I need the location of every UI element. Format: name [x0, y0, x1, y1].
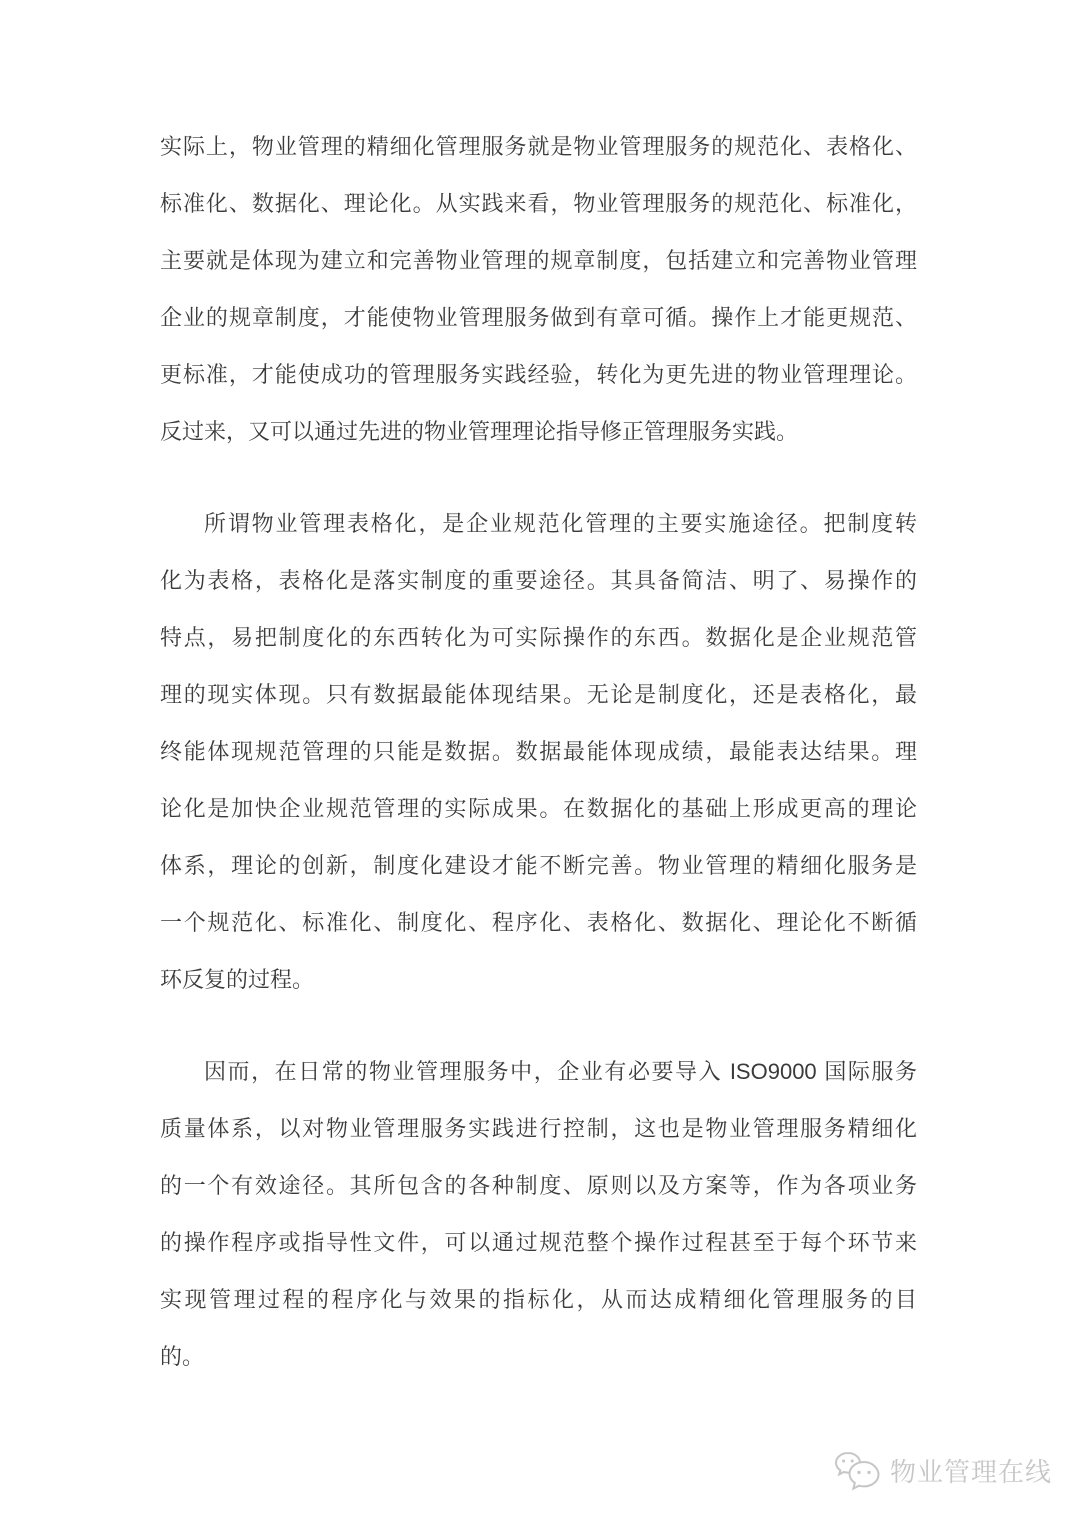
text-line: 体系，理论的创新，制度化建设才能不断完善。物业管理的精细化服务是	[160, 837, 917, 894]
text-line: 实现管理过程的程序化与效果的指标化，从而达成精细化管理服务的目	[160, 1271, 917, 1328]
text-line: 终能体现规范管理的只能是数据。数据最能体现成绩，最能表达结果。理	[160, 723, 917, 780]
watermark: 物业管理在线	[833, 1450, 1052, 1494]
text-line: 实际上，物业管理的精细化管理服务就是物业管理服务的规范化、表格化、	[160, 118, 917, 175]
text-line: 理的现实体现。只有数据最能体现结果。无论是制度化，还是表格化，最	[160, 666, 917, 723]
wechat-icon	[833, 1450, 881, 1494]
text-line: 的。	[160, 1328, 917, 1385]
text-line: 论化是加快企业规范管理的实际成果。在数据化的基础上形成更高的理论	[160, 780, 917, 837]
text-line: 所谓物业管理表格化，是企业规范化管理的主要实施途径。把制度转	[160, 495, 917, 552]
text-line: 的操作程序或指导性文件，可以通过规范整个操作过程甚至于每个环节来	[160, 1214, 917, 1271]
text-line: 因而，在日常的物业管理服务中，企业有必要导入 ISO9000 国际服务	[160, 1043, 917, 1100]
text-line: 一个规范化、标准化、制度化、程序化、表格化、数据化、理论化不断循	[160, 894, 917, 951]
text-line: 的一个有效途径。其所包含的各种制度、原则以及方案等，作为各项业务	[160, 1157, 917, 1214]
text-line: 特点，易把制度化的东西转化为可实际操作的东西。数据化是企业规范管	[160, 609, 917, 666]
text-line: 反过来，又可以通过先进的物业管理理论指导修正管理服务实践。	[160, 403, 917, 460]
watermark-label: 物业管理在线	[890, 1459, 1052, 1485]
paragraph: 所谓物业管理表格化，是企业规范化管理的主要实施途径。把制度转化为表格，表格化是落…	[160, 495, 917, 1008]
text-line: 质量体系，以对物业管理服务实践进行控制，这也是物业管理服务精细化	[160, 1100, 917, 1157]
paragraph: 因而，在日常的物业管理服务中，企业有必要导入 ISO9000 国际服务质量体系，…	[160, 1043, 917, 1385]
text-line: 企业的规章制度，才能使物业管理服务做到有章可循。操作上才能更规范、	[160, 289, 917, 346]
document-page: 实际上，物业管理的精细化管理服务就是物业管理服务的规范化、表格化、标准化、数据化…	[0, 0, 1080, 1528]
text-line: 更标准，才能使成功的管理服务实践经验，转化为更先进的物业管理理论。	[160, 346, 917, 403]
text-line: 标准化、数据化、理论化。从实践来看，物业管理服务的规范化、标准化，	[160, 175, 917, 232]
text-line: 化为表格，表格化是落实制度的重要途径。其具备简洁、明了、易操作的	[160, 552, 917, 609]
text-line: 环反复的过程。	[160, 951, 917, 1008]
text-line: 主要就是体现为建立和完善物业管理的规章制度，包括建立和完善物业管理	[160, 232, 917, 289]
paragraph: 实际上，物业管理的精细化管理服务就是物业管理服务的规范化、表格化、标准化、数据化…	[160, 118, 917, 460]
document-body: 实际上，物业管理的精细化管理服务就是物业管理服务的规范化、表格化、标准化、数据化…	[160, 118, 917, 1420]
